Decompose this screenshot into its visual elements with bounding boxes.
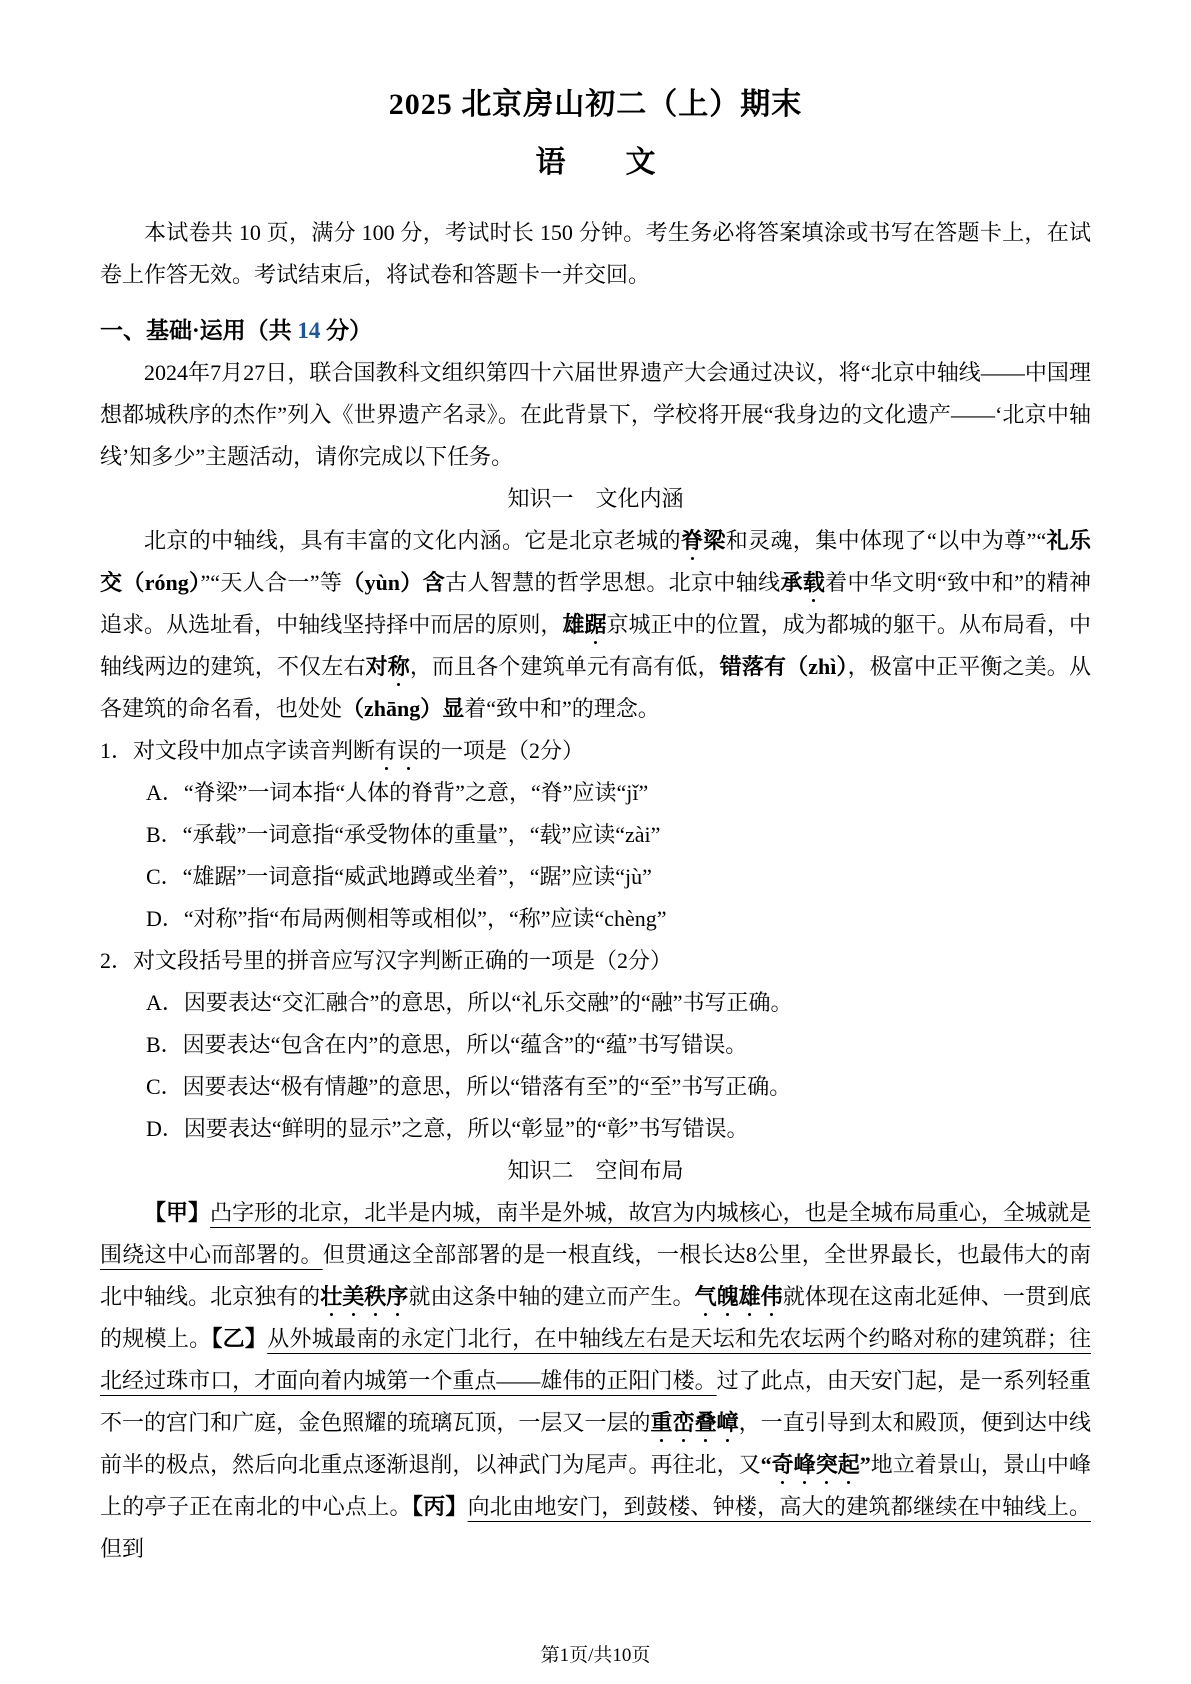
section-1-lead: 2024年7月27日，联合国教科文组织第四十六届世界遗产大会通过决议，将“北京中… [100, 352, 1091, 478]
question-2-option-d: D．因要表达“鲜明的显示”之意，所以“彰显”的“彰”书写错误。 [100, 1108, 1091, 1150]
exam-title: 2025 北京房山初二（上）期末 [100, 86, 1091, 124]
question-1-option-c: C．“雄踞”一词意指“威武地蹲或坐着”，“踞”应读“jù” [100, 856, 1091, 898]
question-2-option-c: C．因要表达“极有情趣”的意思，所以“错落有至”的“至”书写正确。 [100, 1066, 1091, 1108]
question-2-prompt: 2．对文段括号里的拼音应写汉字判断正确的一项是（2分） [100, 940, 1091, 982]
question-1-prompt: 1．对文段中加点字读音判断有误的一项是（2分） [100, 730, 1091, 772]
culture-paragraph: 北京的中轴线，具有丰富的文化内涵。它是北京老城的脊梁和灵魂，集中体现了“以中为尊… [100, 520, 1091, 730]
question-2-option-a: A．因要表达“交汇融合”的意思，所以“礼乐交融”的“融”书写正确。 [100, 982, 1091, 1024]
section-1-heading: 一、基础·运用（共 14 分） [100, 310, 1091, 352]
question-1-option-b: B．“承载”一词意指“承受物体的重量”，“载”应读“zài” [100, 814, 1091, 856]
question-2-option-b: B．因要表达“包含在内”的意思，所以“蕴含”的“蕴”书写错误。 [100, 1024, 1091, 1066]
exam-page: 2025 北京房山初二（上）期末 语 文 本试卷共 10 页，满分 100 分，… [0, 0, 1191, 1684]
question-2: 2．对文段括号里的拼音应写汉字判断正确的一项是（2分） A．因要表达“交汇融合”… [100, 940, 1091, 1150]
exam-instructions: 本试卷共 10 页，满分 100 分，考试时长 150 分钟。考生务必将答案填涂… [100, 212, 1091, 296]
knowledge-1-heading: 知识一 文化内涵 [100, 478, 1091, 520]
knowledge-2-heading: 知识二 空间布局 [100, 1150, 1091, 1192]
question-1-option-d: D．“对称”指“布局两侧相等或相似”，“称”应读“chèng” [100, 898, 1091, 940]
question-1-option-a: A．“脊梁”一词本指“人体的脊背”之意，“脊”应读“jǐ” [100, 772, 1091, 814]
layout-paragraph: 【甲】凸字形的北京，北半是内城，南半是外城，故宫为内城核心，也是全城布局重心，全… [100, 1192, 1091, 1570]
page-footer: 第1页/共10页 [0, 1644, 1191, 1668]
subject-title: 语 文 [100, 144, 1091, 182]
question-1: 1．对文段中加点字读音判断有误的一项是（2分） A．“脊梁”一词本指“人体的脊背… [100, 730, 1091, 940]
